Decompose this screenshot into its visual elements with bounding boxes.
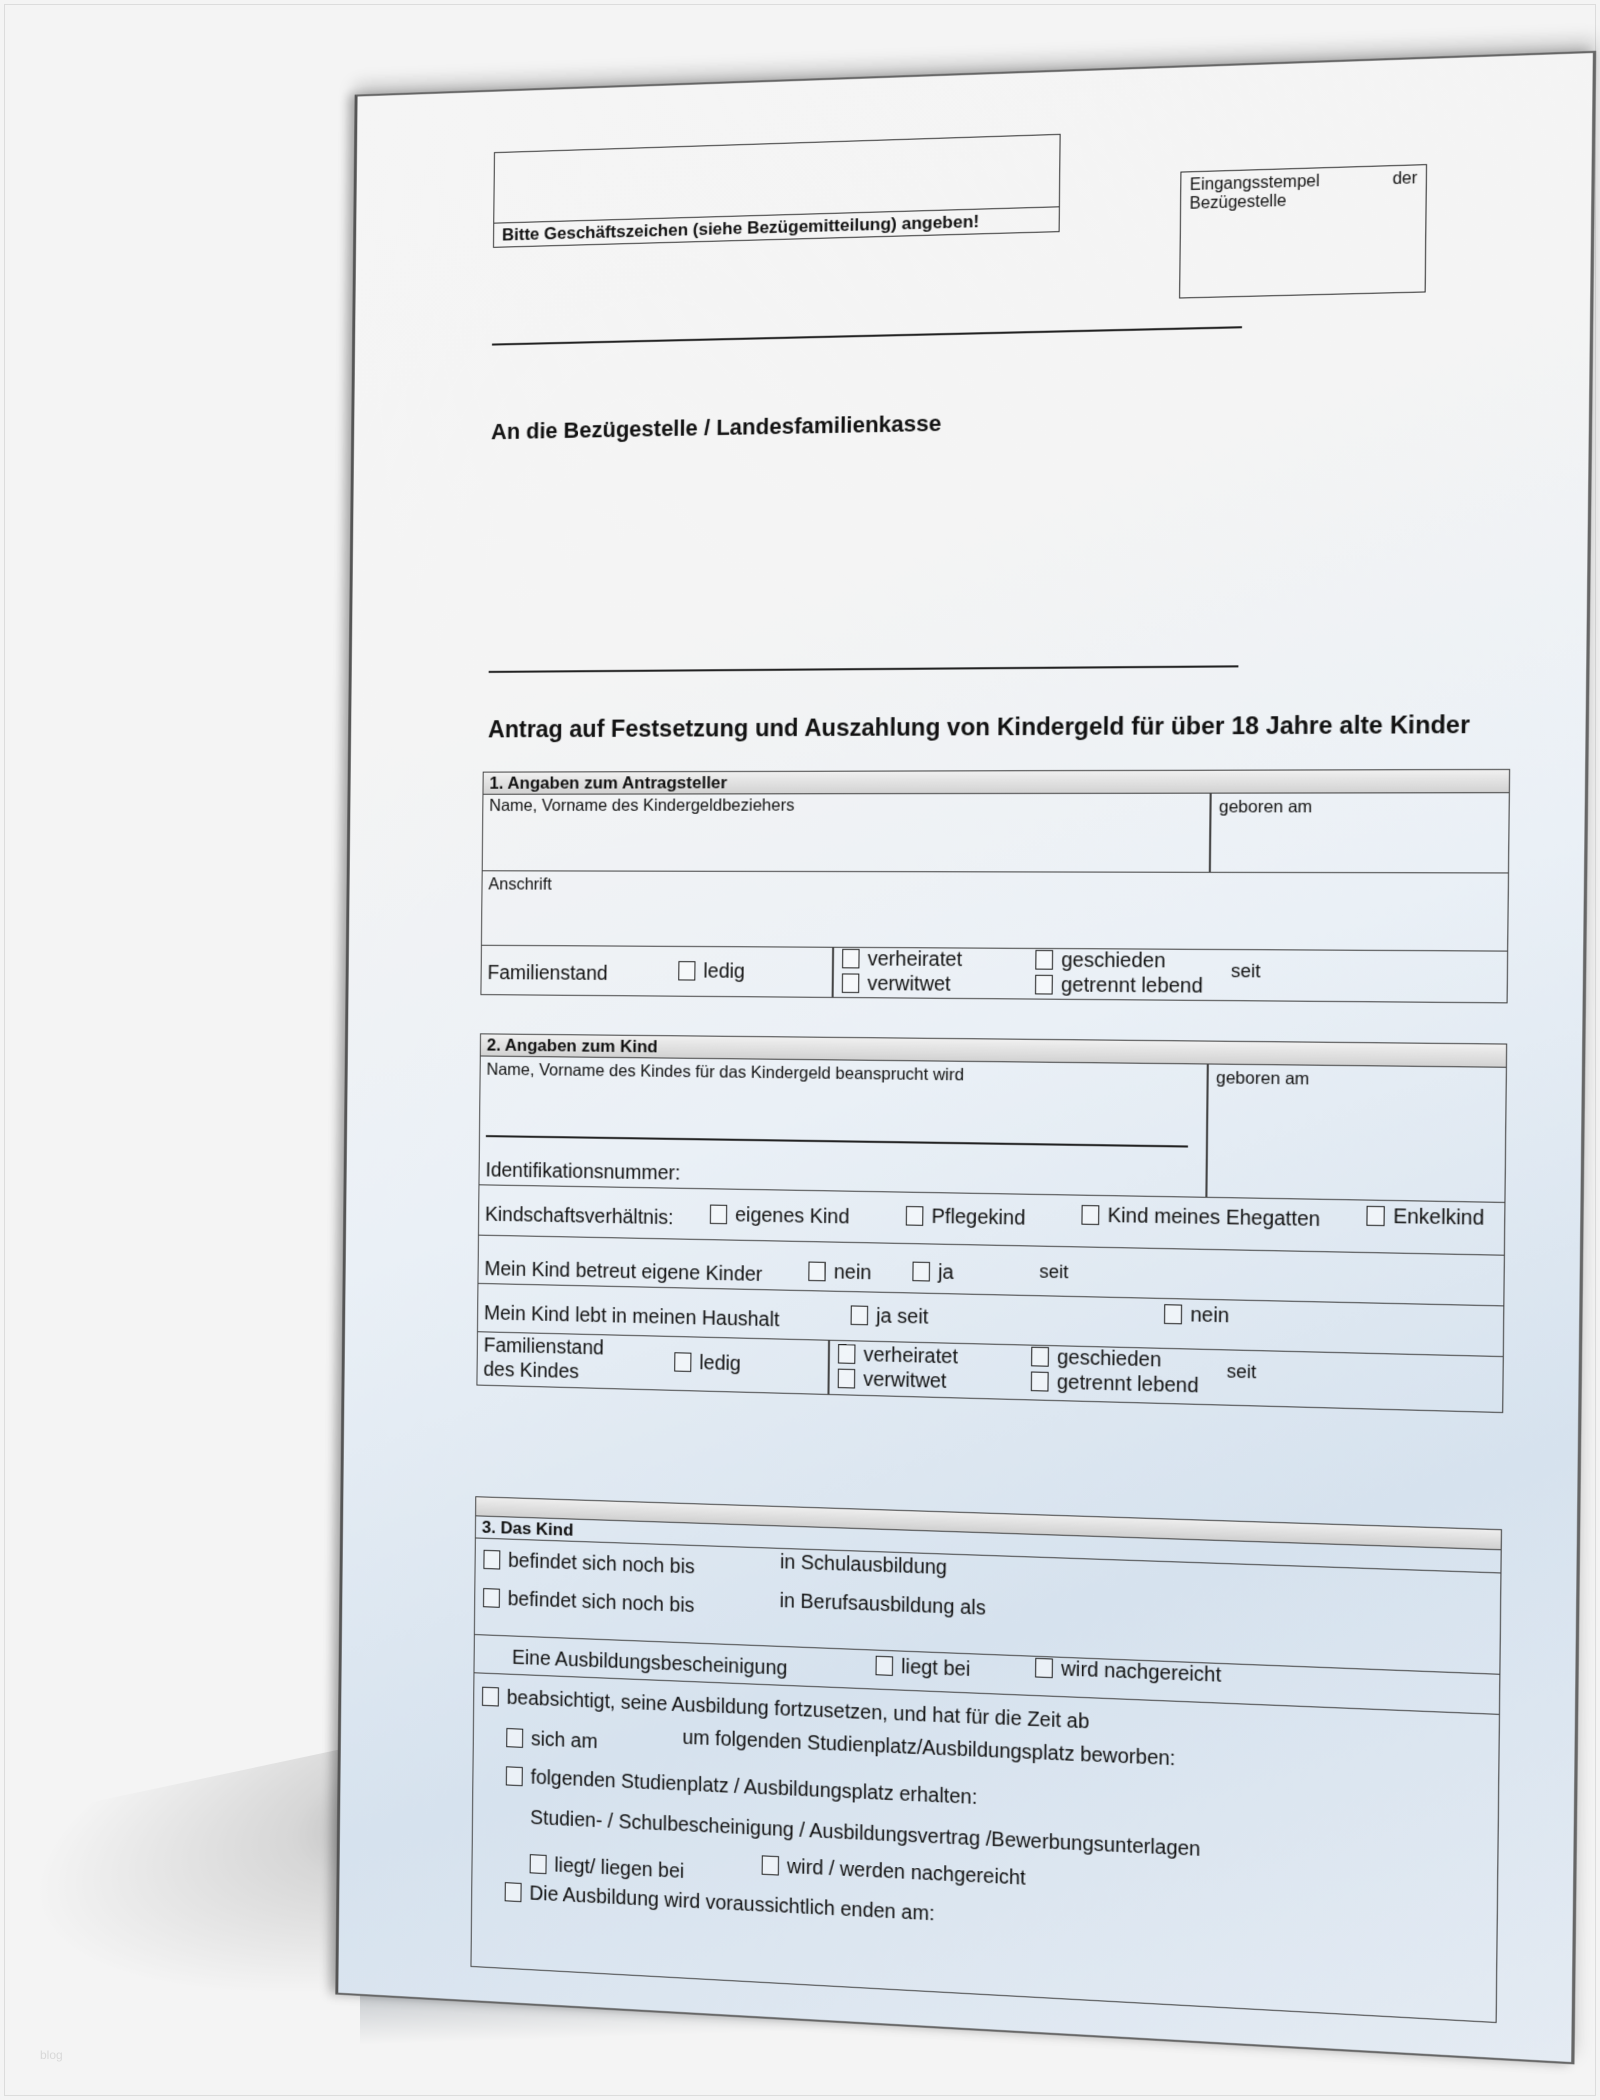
child-marital-label-1: Familienstand	[484, 1334, 604, 1360]
relationship-label: Kindschaftsverhältnis:	[485, 1204, 674, 1231]
applicant-name-input[interactable]	[483, 794, 1207, 873]
checkbox[interactable]	[1031, 1347, 1049, 1367]
applicant-marital-label: Familienstand	[487, 962, 607, 986]
form-title: Antrag auf Festsetzung und Auszahlung vo…	[488, 711, 1470, 743]
continuation-block: beabsichtigt, seine Ausbildung fortzuset…	[472, 1673, 1499, 1957]
checkbox[interactable]	[838, 1344, 856, 1364]
checkbox[interactable]	[838, 1369, 856, 1389]
documents-later-option[interactable]: wird / werden nachgereicht	[762, 1854, 1026, 1891]
section-child: 2. Angaben zum Kind Name, Vorname des Ki…	[476, 1033, 1507, 1413]
checkbox[interactable]	[506, 1728, 523, 1748]
child-name-label: Name, Vorname des Kindes für das Kinderg…	[486, 1061, 964, 1086]
applicant-marital-row: Familienstand ledig verheiratet verwitwe…	[481, 946, 1507, 1003]
end-date-option[interactable]: Die Ausbildung wird voraussichtlich ende…	[505, 1881, 935, 1926]
section-applicant: 1. Angaben zum Antragsteller Name, Vorna…	[480, 769, 1510, 1003]
applicant-born-input[interactable]	[1212, 793, 1509, 873]
relationship-option-foster[interactable]: Pflegekind	[906, 1205, 1026, 1231]
checkbox[interactable]	[906, 1206, 924, 1226]
checkbox[interactable]	[1366, 1206, 1384, 1226]
certificate-attached-option[interactable]: liegt bei	[875, 1655, 970, 1682]
applicant-option-verheiratet[interactable]: verheiratet	[842, 948, 962, 972]
checkbox[interactable]	[483, 1550, 500, 1570]
applicant-option-getrennt[interactable]: getrennt lebend	[1035, 974, 1203, 999]
checkbox[interactable]	[710, 1205, 727, 1225]
child-cares-since-input[interactable]	[1086, 1248, 1504, 1307]
reference-number-label: Bitte Geschäftszeichen (siehe Bezügemitt…	[494, 206, 1059, 247]
applicant-name-row: Name, Vorname des Kindergeldbeziehers ge…	[483, 793, 1509, 873]
applicant-since-input[interactable]	[1278, 950, 1507, 1002]
child-name-line[interactable]	[486, 1135, 1188, 1147]
child-since-input[interactable]	[1274, 1352, 1503, 1412]
checkbox[interactable]	[1035, 1658, 1053, 1678]
reference-underline	[492, 326, 1242, 345]
child-marital-label-2: des Kindes	[483, 1359, 579, 1385]
divider	[827, 1341, 829, 1394]
checkbox[interactable]	[762, 1855, 779, 1875]
applicant-option-ledig[interactable]: ledig	[678, 960, 745, 984]
applied-option[interactable]: sich am	[506, 1727, 598, 1754]
checkbox[interactable]	[851, 1305, 869, 1325]
school-option[interactable]: befindet sich noch bis	[483, 1549, 695, 1580]
child-household-no[interactable]: nein	[1164, 1303, 1229, 1328]
relationship-option-spouse[interactable]: Kind meines Ehegatten	[1081, 1204, 1320, 1232]
child-cares-no[interactable]: nein	[808, 1261, 871, 1286]
school-suffix: in Schulausbildung	[780, 1551, 947, 1580]
checkbox[interactable]	[808, 1262, 825, 1282]
vocational-option[interactable]: befindet sich noch bis	[483, 1587, 695, 1618]
applied-suffix: um folgenden Studienplatz/Ausbildungspla…	[682, 1726, 1175, 1771]
checkbox[interactable]	[505, 1882, 522, 1902]
applicant-address-label: Anschrift	[488, 875, 552, 894]
applicant-option-geschieden[interactable]: geschieden	[1035, 949, 1165, 974]
checkbox[interactable]	[674, 1352, 691, 1372]
checkbox[interactable]	[876, 1656, 894, 1676]
child-cares-yes[interactable]: ja	[912, 1261, 954, 1286]
checkbox[interactable]	[483, 1588, 500, 1608]
checkbox[interactable]	[530, 1854, 547, 1874]
vocational-suffix: in Berufsausbildung als	[780, 1590, 986, 1621]
relationship-option-grandchild[interactable]: Enkelkind	[1366, 1205, 1484, 1231]
applicant-option-verwitwet[interactable]: verwitwet	[842, 972, 951, 996]
checkbox[interactable]	[1031, 1371, 1049, 1391]
recipient-label: An die Bezügestelle / Landesfamilienkass…	[491, 410, 942, 445]
child-option-geschieden[interactable]: geschieden	[1031, 1346, 1161, 1373]
divider	[832, 948, 834, 997]
checkbox[interactable]	[1035, 950, 1053, 970]
checkbox[interactable]	[912, 1262, 930, 1282]
recipient-address-line[interactable]	[489, 665, 1239, 673]
child-born-input[interactable]	[1208, 1065, 1505, 1203]
child-cares-since-label: seit	[1039, 1261, 1068, 1283]
checkbox[interactable]	[678, 961, 695, 980]
receipt-stamp-box: Eingangsstempel der Bezügestelle	[1179, 164, 1427, 298]
checkbox[interactable]	[1035, 975, 1053, 995]
applicant-since-label: seit	[1231, 960, 1261, 982]
child-id-label: Identifikationsnummer:	[485, 1159, 680, 1185]
child-option-verwitwet[interactable]: verwitwet	[838, 1368, 947, 1394]
child-option-verheiratet[interactable]: verheiratet	[838, 1343, 958, 1370]
received-option[interactable]: folgenden Studienplatz / Ausbildungsplat…	[506, 1765, 978, 1810]
divider	[1209, 794, 1211, 872]
child-cares-label: Mein Kind betreut eigene Kinder	[484, 1258, 762, 1287]
child-household-yes[interactable]: ja seit	[851, 1304, 929, 1329]
checkbox[interactable]	[1081, 1205, 1099, 1225]
form-page: Bitte Geschäftszeichen (siehe Bezügemitt…	[335, 51, 1596, 2065]
applicant-address-row[interactable]: Anschrift	[482, 871, 1508, 951]
section-1-heading: 1. Angaben zum Antragsteller	[483, 770, 1509, 795]
child-since-label: seit	[1227, 1361, 1257, 1384]
checkbox[interactable]	[842, 973, 860, 993]
checkbox[interactable]	[1164, 1304, 1182, 1324]
watermark: blog	[40, 2048, 63, 2062]
documents-attached-option[interactable]: liegt/ liegen bei	[530, 1853, 685, 1884]
reference-number-field[interactable]: Bitte Geschäftszeichen (siehe Bezügemitt…	[493, 134, 1061, 248]
relationship-option-own[interactable]: eigenes Kind	[710, 1204, 850, 1230]
child-option-ledig[interactable]: ledig	[674, 1351, 741, 1376]
checkbox[interactable]	[482, 1687, 499, 1707]
documents-label: Studien- / Schulbescheinigung / Ausbildu…	[530, 1807, 1201, 1862]
section-child-education: 3. Das Kind befindet sich noch bis in Sc…	[470, 1496, 1502, 2023]
child-household-label: Mein Kind lebt in meinen Haushalt	[484, 1302, 780, 1332]
child-name-row: Name, Vorname des Kindes für das Kinderg…	[479, 1056, 1505, 1202]
child-option-getrennt[interactable]: getrennt lebend	[1031, 1370, 1199, 1398]
checkbox[interactable]	[506, 1766, 523, 1786]
checkbox[interactable]	[842, 949, 860, 969]
